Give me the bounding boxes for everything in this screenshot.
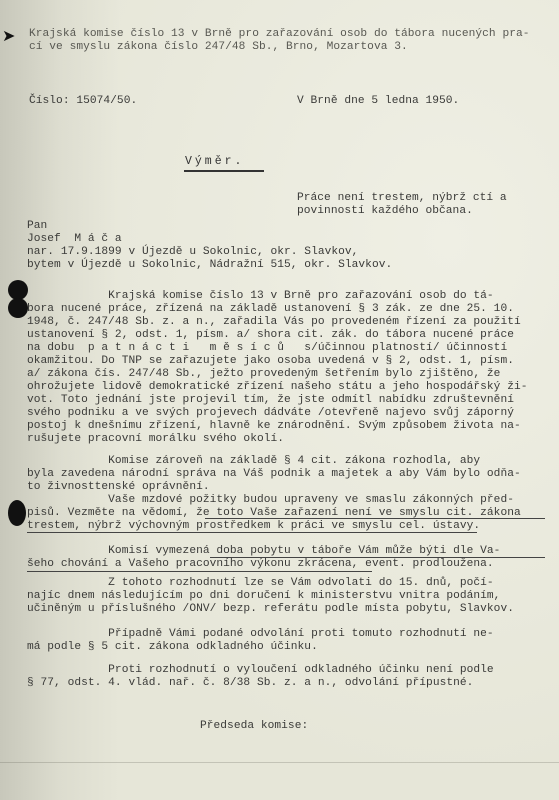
paragraph-line: svého podniku a ve svých projevech dádvá… [27, 407, 514, 420]
paragraph-line: Proti rozhodnutí o vyloučení odkladného … [27, 664, 494, 677]
addressee-name: Josef M á č a [27, 233, 122, 246]
paragraph-line: rušujete pracovní morálku svého okolí. [27, 433, 284, 446]
paragraph-line: učiněným u příslušného /ONV/ bezp. refer… [27, 603, 514, 616]
document-title: Výměr. [185, 155, 244, 168]
addressee-salutation: Pan [27, 220, 47, 233]
punch-hole-icon [8, 280, 28, 300]
motto-line-1: Práce není trestem, nýbrž ctí a [297, 192, 507, 205]
header-line-2: cí ve smyslu zákona číslo 247/48 Sb., Br… [29, 41, 408, 54]
handwritten-underline [210, 557, 545, 558]
title-underline [184, 170, 264, 172]
header-line-1: Krajská komise číslo 13 v Brně pro zařaz… [29, 28, 530, 41]
paragraph-line: § 77, odst. 4. vlád. nař. č. 8/38 Sb. z.… [27, 677, 473, 690]
paragraph-line: a/ zákona čís. 247/48 Sb., ježto provede… [27, 368, 500, 381]
scanned-page: ➤ Krajská komise číslo 13 v Brně pro zař… [0, 0, 559, 800]
paragraph-line: Komise zároveň na základě § 4 cit. zákon… [27, 455, 480, 468]
paragraph-line: ustanovení § 2, odst. 1, písm. a/ shora … [27, 329, 514, 342]
paragraph-line: Krajská komise číslo 13 v Brně pro zařaz… [27, 290, 494, 303]
addressee-birth: nar. 17.9.1899 v Újezdě u Sokolnic, okr.… [27, 246, 358, 259]
paragraph-line: postoj k dnešnímu zřízení, hlavně ke zná… [27, 420, 521, 433]
paragraph-line: vot. Toto jednání jste projevil tím, že … [27, 394, 514, 407]
paragraph-line: bora nucené práce, zřízená na základě us… [27, 303, 514, 316]
punch-hole-icon [8, 298, 28, 318]
handwritten-underline [27, 532, 477, 533]
corner-mark-icon: ➤ [2, 26, 15, 45]
paragraph-line: 1948, č. 247/48 Sb. z. a n., zařadila Vá… [27, 316, 521, 329]
handwritten-underline [205, 518, 545, 519]
paragraph-line: byla zavedena národní správa na Váš podn… [27, 468, 521, 481]
motto-line-2: povinností každého občana. [297, 205, 473, 218]
paragraph-line: Vaše mzdové požitky budou upraveny ve sm… [27, 494, 514, 507]
addressee-residence: bytem v Újezdě u Sokolnic, Nádražní 515,… [27, 259, 392, 272]
paragraph-line: Z tohoto rozhodnutí lze se Vám odvolati … [27, 577, 494, 590]
fold-line [0, 762, 559, 763]
paragraph-line: okamžitou. Do TNP se zařazujete jako oso… [27, 355, 514, 368]
reference-number: Číslo: 15074/50. [29, 95, 137, 108]
paragraph-line: Případně Vámi podané odvolání proti tomu… [27, 628, 494, 641]
paragraph-line: šeho chování a Vašeho pracovního výkonu … [27, 558, 494, 571]
paragraph-line: na dobu p a t n á c t i m ě s í c ů s/úč… [27, 342, 507, 355]
paragraph-line: ohrožujete lidově demokratické zřízení n… [27, 381, 528, 394]
signature-label: Předseda komise: [200, 720, 308, 733]
handwritten-underline [27, 571, 372, 572]
place-date: V Brně dne 5 ledna 1950. [297, 95, 459, 108]
punch-hole-icon [8, 500, 26, 526]
paragraph-line: najíc dnem následujícím po dni doručení … [27, 590, 500, 603]
paragraph-line: má podle § 5 cit. zákona odkladného účin… [27, 641, 318, 654]
paragraph-line: to živnosttenské oprávnění. [27, 481, 210, 494]
